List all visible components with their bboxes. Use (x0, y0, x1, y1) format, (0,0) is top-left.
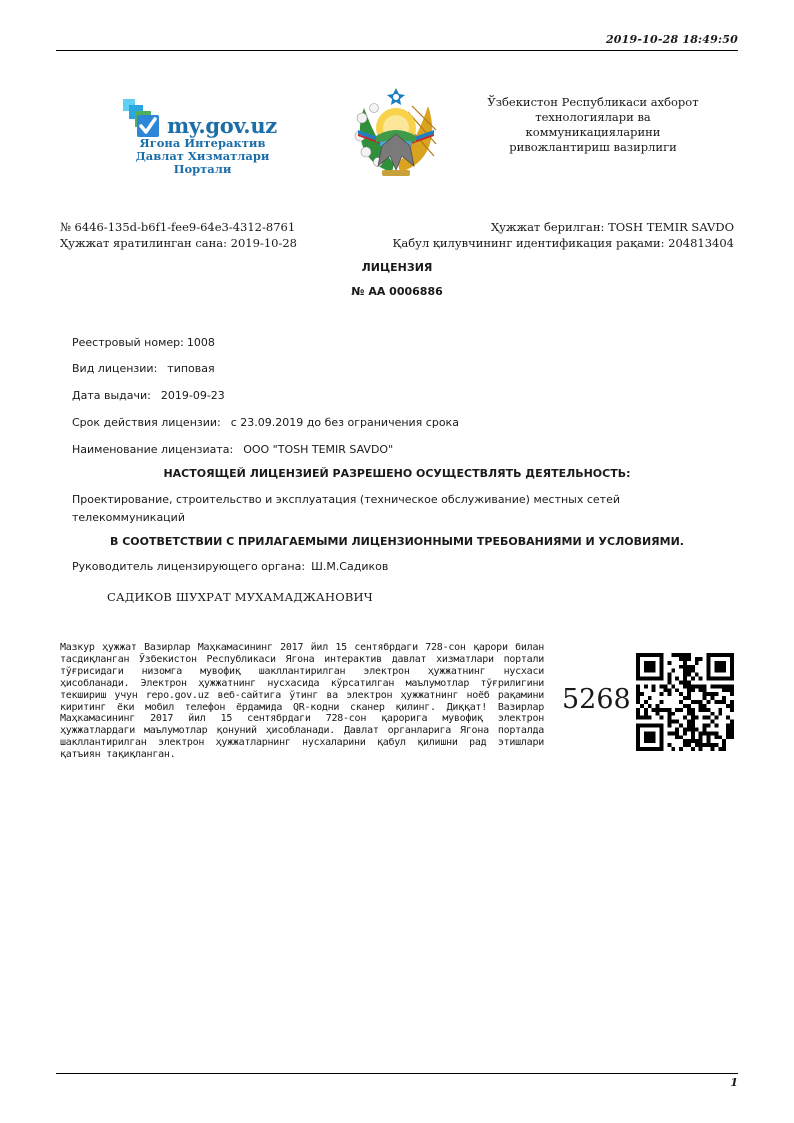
page-number: 1 (730, 1076, 738, 1089)
authority-head-full-name: САДИКОВ ШУХРАТ МУХАМАДЖАНОВИЧ (107, 590, 373, 604)
field-label: Наименование лицензиата: (72, 443, 233, 456)
licensed-activity: Проектирование, строительство и эксплуат… (72, 491, 632, 527)
mygov-logo: my.gov.uz Ягона Интерактив Давлат Хизмат… (105, 97, 300, 167)
uzbekistan-state-emblem-icon (352, 84, 440, 180)
created-date-value: 2019-10-28 (231, 236, 297, 250)
field-issue-date: Дата выдачи:2019-09-23 (72, 389, 225, 402)
recipient-id-row: Қабул қилувчининг идентификация рақами: … (393, 235, 735, 251)
checkbox-stack-icon (115, 97, 175, 141)
field-license-type: Вид лицензии:типовая (72, 362, 215, 375)
permission-heading: НАСТОЯЩЕЙ ЛИЦЕНЗИЕЙ РАЗРЕШЕНО ОСУЩЕСТВЛЯ… (0, 467, 794, 480)
header-divider (56, 50, 738, 51)
document-meta-left: № 6446-135d-b6f1-fee9-64e3-4312-8761 Ҳуж… (60, 219, 297, 251)
issued-to-label: Ҳужжат берилган: (491, 220, 604, 234)
license-title: ЛИЦЕНЗИЯ (0, 261, 794, 274)
created-date-label: Ҳужжат яратилинган сана: (60, 236, 227, 250)
authority-head-value: Ш.М.Садиков (311, 560, 388, 573)
logo-subtitle: Ягона Интерактив Давлат Хизматлари Порта… (105, 137, 300, 176)
field-value: 1008 (187, 336, 215, 349)
field-label: Срок действия лицензии: (72, 416, 221, 429)
field-value: типовая (167, 362, 214, 375)
recipient-id-label: Қабул қилувчининг идентификация рақами: (393, 236, 665, 250)
field-value: ООО "TOSH TEMIR SAVDO" (243, 443, 393, 456)
ministry-name: Ўзбекистон Республикаси ахборот технолог… (478, 95, 708, 155)
field-label: Вид лицензии: (72, 362, 157, 375)
field-registry-number: Реестровый номер:1008 (72, 336, 215, 349)
conditions-heading: В СООТВЕТСТВИИ С ПРИЛАГАЕМЫМИ ЛИЦЕНЗИОНН… (0, 535, 794, 548)
document-id: № 6446-135d-b6f1-fee9-64e3-4312-8761 (60, 219, 297, 235)
field-label: Дата выдачи: (72, 389, 151, 402)
field-value: с 23.09.2019 до без ограничения срока (231, 416, 459, 429)
qr-code (636, 653, 734, 751)
field-value: 2019-09-23 (161, 389, 225, 402)
logo-subtitle-line2: Давлат Хизматлари Портали (105, 150, 300, 176)
authority-head-row: Руководитель лицензирующего органа:Ш.М.С… (72, 560, 388, 573)
field-licensee: Наименование лицензиата:ООО "TOSH TEMIR … (72, 443, 393, 456)
field-label: Реестровый номер: (72, 336, 184, 349)
state-emblem (352, 84, 440, 180)
issued-to-row: Ҳужжат берилган: TOSH TEMIR SAVDO (393, 219, 735, 235)
created-date-row: Ҳужжат яратилинган сана: 2019-10-28 (60, 235, 297, 251)
document-timestamp: 2019-10-28 18:49:50 (606, 33, 738, 46)
legal-disclaimer: Мазкур ҳужжат Вазирлар Маҳкамасининг 201… (60, 642, 544, 761)
ministry-line: коммуникацияларини (478, 125, 708, 140)
ministry-line: технологиялари ва (478, 110, 708, 125)
footer-divider (56, 1073, 738, 1074)
logo-title: my.gov.uz (167, 113, 277, 138)
issued-to-value: TOSH TEMIR SAVDO (608, 220, 734, 234)
license-number: № AA 0006886 (0, 285, 794, 298)
recipient-id-value: 204813404 (668, 236, 734, 250)
field-validity: Срок действия лицензии:с 23.09.2019 до б… (72, 416, 459, 429)
verification-code: 5268 (562, 684, 631, 715)
document-meta-right: Ҳужжат берилган: TOSH TEMIR SAVDO Қабул … (393, 219, 735, 251)
ministry-line: Ўзбекистон Республикаси ахборот (478, 95, 708, 110)
authority-head-label: Руководитель лицензирующего органа: (72, 560, 305, 573)
qr-code-icon (636, 653, 734, 751)
ministry-line: ривожлантириш вазирлиги (478, 140, 708, 155)
